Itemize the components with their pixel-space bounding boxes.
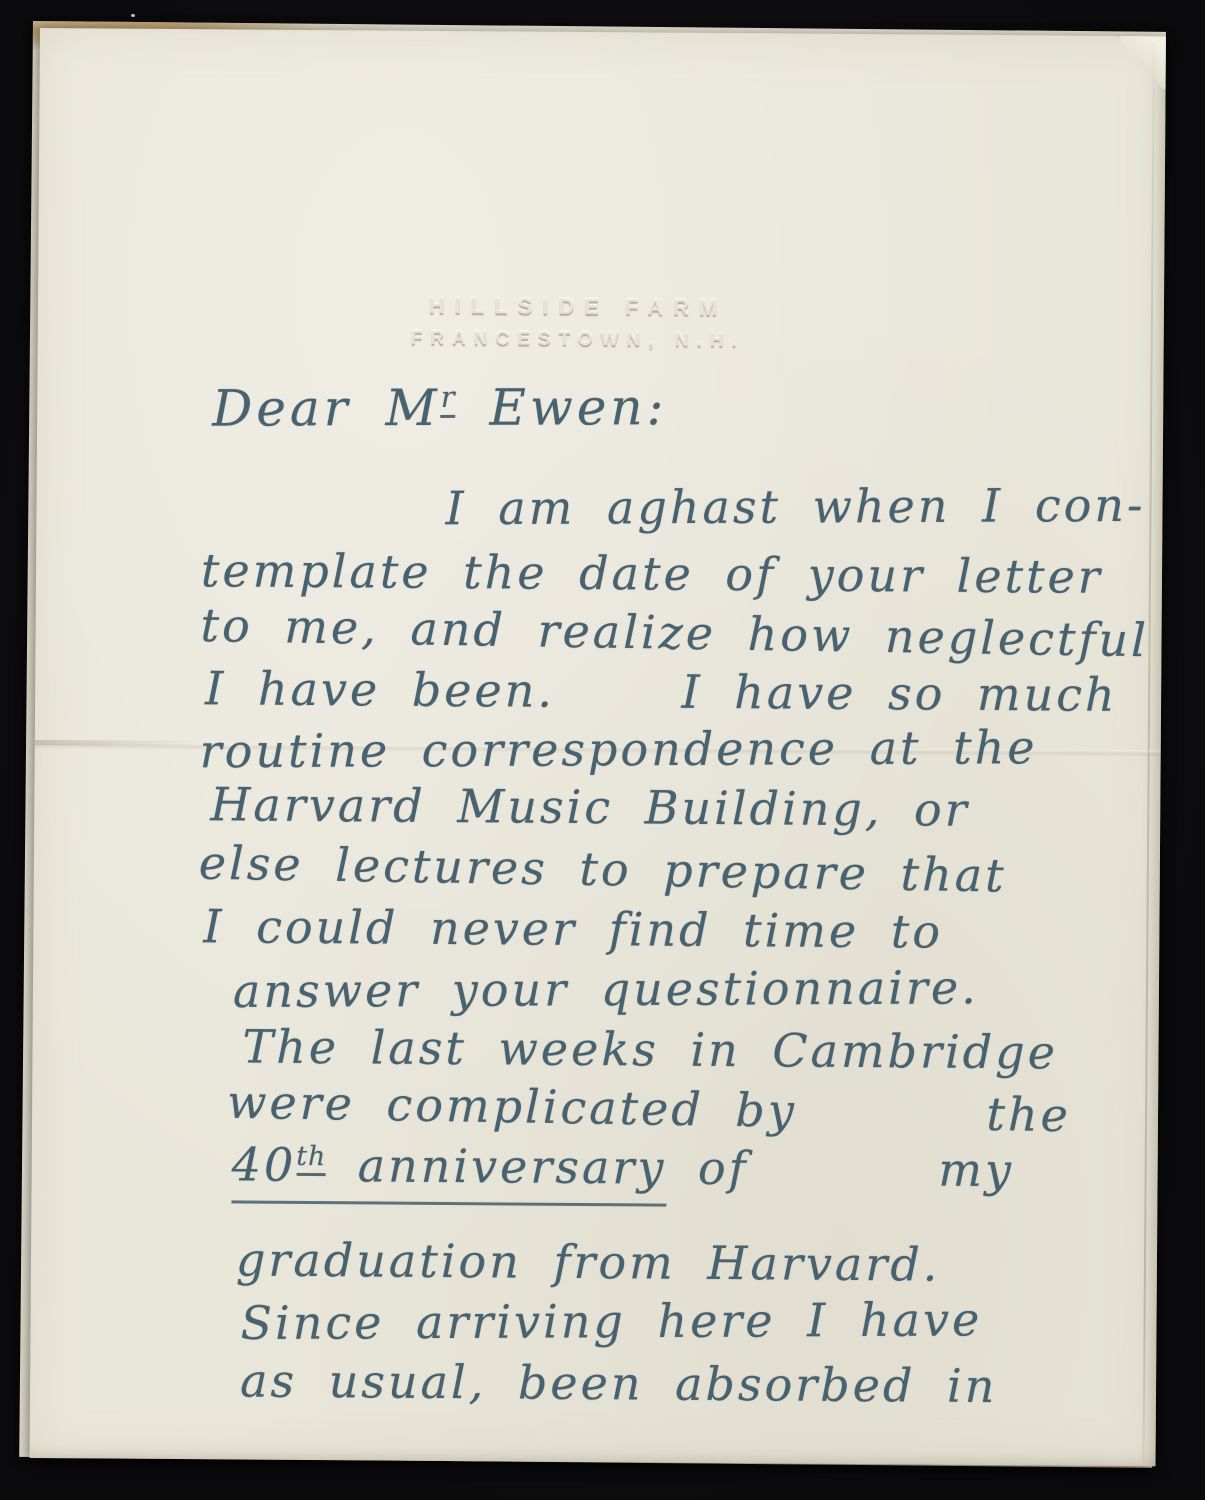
line-text: were complicated by the xyxy=(227,1075,1072,1143)
handwritten-line: routine correspondence at the xyxy=(200,720,1038,778)
line-text: Harvard Music Building, or xyxy=(210,777,970,837)
handwritten-line: The last weeks in Cambridge xyxy=(242,1020,1058,1080)
line-text: I could never find time to xyxy=(203,899,943,958)
handwritten-line: were complicated by the xyxy=(227,1075,1072,1143)
letterhead-line1: HILLSIDE FARM xyxy=(38,290,1118,324)
letterhead-line2: FRANCESTOWN, N.H. xyxy=(38,325,1118,355)
ordinal-superscript: th xyxy=(296,1141,326,1176)
line-text: else lectures to prepare that xyxy=(198,836,1007,903)
line-text: I am aghast when I con- xyxy=(445,478,1145,535)
line-text: graduation from Harvard. xyxy=(236,1232,941,1291)
handwritten-line: Since arriving here I have xyxy=(240,1292,982,1350)
salutation-pre: Dear M xyxy=(212,379,441,438)
handwritten-line: graduation from Harvard. xyxy=(236,1232,941,1291)
salutation-superscript: r xyxy=(441,380,456,418)
handwritten-line: to me, and realize how neglectful xyxy=(200,598,1149,667)
underlined-phrase: 40th anniversary xyxy=(231,1137,666,1206)
handwritten-line: answer your questionnaire. xyxy=(233,960,979,1018)
handwritten-line: I could never find time to xyxy=(203,899,943,959)
handwritten-line: template the date of your letter xyxy=(201,543,1103,604)
line-text: The last weeks in Cambridge xyxy=(242,1020,1058,1080)
handwritten-line: as usual, been absorbed in xyxy=(240,1354,998,1414)
folded-corner xyxy=(1116,36,1166,92)
handwritten-line: Harvard Music Building, or xyxy=(210,777,970,837)
letterhead: HILLSIDE FARM FRANCESTOWN, N.H. xyxy=(38,290,1118,355)
handwritten-line: I have been. I have so much xyxy=(205,661,1118,722)
line-text: as usual, been absorbed in xyxy=(240,1354,998,1414)
handwritten-line: else lectures to prepare that xyxy=(198,836,1007,903)
line-text: template the date of your letter xyxy=(201,543,1103,604)
letter-page: HILLSIDE FARM FRANCESTOWN, N.H. Dear Mr … xyxy=(30,28,1166,1466)
line-text: routine correspondence at the xyxy=(200,720,1038,778)
line-text: of my xyxy=(666,1141,1014,1198)
line-text: 40 xyxy=(231,1137,296,1191)
handwritten-line-anniversary: 40th anniversary of my xyxy=(231,1137,1014,1209)
handwritten-line: I am aghast when I con- xyxy=(445,478,1145,536)
photo-background: { "colors":{ "background":"#0d0d0f", "pa… xyxy=(0,0,1205,1500)
salutation: Dear Mr Ewen: xyxy=(212,378,667,438)
salutation-post: Ewen: xyxy=(455,378,667,437)
line-text: anniversary xyxy=(326,1138,667,1194)
line-text: I have been. I have so much xyxy=(205,661,1118,722)
line-text: Since arriving here I have xyxy=(240,1292,982,1350)
line-text: answer your questionnaire. xyxy=(233,960,979,1018)
line-text: to me, and realize how neglectful xyxy=(200,598,1149,667)
dust-speck xyxy=(131,14,135,17)
